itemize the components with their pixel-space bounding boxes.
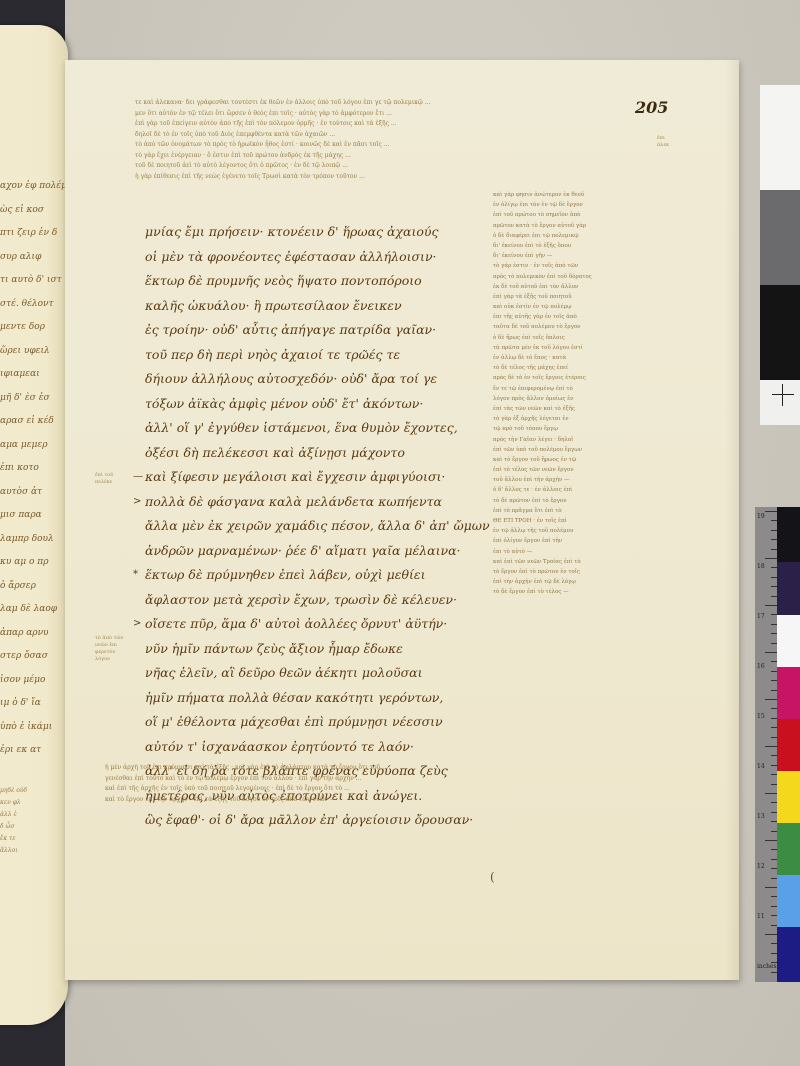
swatch-green: [777, 823, 800, 875]
text-line: τόξων ἀϊκὰς ἀμφὶς μένον οὐδ' ἔτ' ἀκόντων…: [145, 392, 505, 417]
scholia-line: γενέσθαι ἐπὶ τοῦτο καὶ τὸ ἐν τῷ πολέμῳ ἔ…: [105, 774, 625, 785]
text-line-content: νῦν ἡμῖν πάντων ζεὺς ἄξιον ἦμαρ ἔδωκε: [145, 641, 403, 656]
critical-sign: >: [133, 612, 141, 637]
left-page-line: ιμ ὀ δ' ἴα: [0, 692, 66, 716]
scholia-line: ἡ μὲν ἀρχὴ τοῦ ἐπι πρύμνῃσι καὶ τὰ ἑξῆς …: [105, 763, 625, 774]
left-page-line: ὥρει υφειλ: [0, 340, 66, 364]
text-line: αὐτόν τ' ἰσχανάασκον ἐρητύοντό τε λαόν·: [145, 735, 505, 760]
crosshair-icon: [772, 394, 794, 395]
text-line: ἄλλα μὲν ἐκ χειρῶν χαμάδις πέσον, ἄλλα δ…: [145, 514, 505, 539]
left-page-note-line: ἄλλοι: [0, 845, 66, 857]
text-line: >οἴσετε πῦρ, ἅμα δ' αὐτοὶ ἀολλέες ὄρνυτ'…: [145, 612, 505, 637]
scholia-line: καὶ τὸ ἔργον τοῦ ἥρωος ἐν τῷ: [493, 455, 633, 465]
scholia-line: τὸ δὲ ἔργον ἐπὶ τὸ τέλος —: [493, 587, 633, 597]
text-line-content: ἄφλαστον μετὰ χερσὶν ἔχων, τρωσὶν δὲ κέλ…: [145, 592, 457, 607]
ruler-tick: [765, 887, 777, 888]
scholia-line: καὶ γὰρ φησιν ἀνώτερον ἐκ θεοῦ: [493, 190, 633, 200]
left-page-note-line: ἔκ τε: [0, 833, 66, 845]
scholia-line: καὶ ἐπὶ τῆς ἀρχῆς ἐν τοῖς ὑπὸ τοῦ ποιητο…: [105, 784, 625, 795]
text-line: >πολλὰ δὲ φάσγανα καλὰ μελάνδετα κωπήεντ…: [145, 490, 505, 515]
scholia-line: δηλοῖ δὲ τὸ ἐν τοῖς ὑπὸ τοῦ Διὸς ἐπεμφθέ…: [135, 130, 635, 141]
text-line-content: ἕκτωρ δὲ πρυμνῆς νεὸς ἥψατο ποντοπόροιο: [145, 273, 422, 288]
left-page-line: ἐπι κοτο: [0, 457, 66, 481]
text-line-content: ἡμῖν πήματα πολλὰ θέσαν κακότητι γερόντω…: [145, 690, 443, 705]
scholia-line: τὸ δὲ τέλος τῆς μάχης ἐπεί: [493, 363, 633, 373]
text-line-content: ἐς τροίην· οὐδ' αὖτις ἀπήγαγε πατρίδα γα…: [145, 322, 436, 337]
text-line-content: ἀλλ' οἵ γ' ἐγγύθεν ἱστάμενοι, ἕνα θυμὸν …: [145, 420, 458, 435]
scholia-line: δι' ἐκείνου ἐπὶ τὸ ἑξῆς ὅπου: [493, 241, 633, 251]
ruler-label: 13: [757, 813, 765, 820]
scholia-line: ἐν ἀλλῳ δὲ τὸ ἔπος · κατὰ: [493, 353, 633, 363]
swatch-gray: [760, 190, 800, 285]
left-page-note-line: μηδὲ οὐδ: [0, 785, 66, 797]
scholia-line: ΘΕ ΕΤΙ ΤΡΟΗ · ἐν τοῖς ἐπὶ: [493, 516, 633, 526]
text-line-content: ἄλλα μὲν ἐκ χειρῶν χαμάδις πέσον, ἄλλα δ…: [145, 518, 490, 533]
scholia-line: ἐν τῷ ἀλλῳ τῆς τοῦ πολέμου: [493, 526, 633, 536]
ruler-label: 17: [757, 613, 765, 620]
scholia-line: ὁ δὲ διαφέρει ἐπι τῷ πολεμικῷ: [493, 231, 633, 241]
scholia-line: ἐπι τῆς αὐτῆς γὰρ ἐν τοῖς ἀπὸ: [493, 312, 633, 322]
scholia-line: πρῶτον κατὰ τὸ ἔργον αὐτοῦ γὰρ: [493, 221, 633, 231]
scholia-line: τὸ δὲ πρῶτον ἐπὶ τὸ ἔργον: [493, 496, 633, 506]
text-line-content: ἀνδρῶν μαρναμένων· ῥέε δ' αἵματι γαῖα μέ…: [145, 543, 461, 558]
crosshair-icon: [782, 384, 783, 406]
ruler-tick: [765, 558, 777, 559]
left-page-line: ὼς εἰ κοσ: [0, 199, 66, 223]
text-line: ἄφλαστον μετὰ χερσὶν ἔχων, τρωσὶν δὲ κέλ…: [145, 588, 505, 613]
leaf-edge-shadow: [725, 60, 739, 980]
text-line-content: ἕκτωρ δὲ πρύμνηθεν ἐπεὶ λάβεν, οὐχὶ μεθί…: [145, 567, 426, 582]
text-line: —καὶ ξίφεσιν μεγάλοισι καὶ ἔγχεσιν ἀμφιγ…: [145, 465, 505, 490]
main-text-block: μνίας ἔμι πρήσειν· κτονέειν δ' ἥρωας ἀχα…: [145, 220, 505, 833]
critical-sign: *: [133, 563, 138, 588]
scholia-line: τὰ πρῶτα μὲν ἐκ τοῦ λόγου ἐστί: [493, 343, 633, 353]
left-page-line: ἰσον μέμο: [0, 669, 66, 693]
scholia-line: ἐπὶ τὸ τέλος τῶν νεῶν ἔργον: [493, 465, 633, 475]
scholia-line: λόγον πρὸς ἄλλον ὁμοίως ἐν: [493, 394, 633, 404]
text-line: ἀνδρῶν μαρναμένων· ῥέε δ' αἵματι γαῖα μέ…: [145, 539, 505, 564]
scholia-line: ἐπὶ τὰς τῶν νεῶν καὶ τὸ ἑξῆς: [493, 404, 633, 414]
text-line: ἀλλ' οἵ γ' ἐγγύθεν ἱστάμενοι, ἕνα θυμὸν …: [145, 416, 505, 441]
scholia-line: πρὸς δὲ τὸ ἐν τοῖς ἔργοις ἑτέροις: [493, 373, 633, 383]
ruler-label: inches: [757, 963, 777, 970]
text-line-content: μνίας ἔμι πρήσειν· κτονέειν δ' ἥρωας ἀχα…: [145, 224, 438, 239]
ruler-label: 16: [757, 663, 765, 670]
ruler-tick: [765, 934, 777, 935]
left-page-line: τι αυτὸ δ' ιστ: [0, 269, 66, 293]
swatch-black: [777, 507, 800, 562]
critical-sign: >: [133, 490, 141, 515]
margin-note-line: νεῶν ἐπι: [95, 642, 124, 649]
text-line-content: ὀξέσι δὴ πελέκεσσι καὶ ἀξίνῃσι μάχοντο: [145, 445, 405, 460]
text-line: ὀξέσι δὴ πελέκεσσι καὶ ἀξίνῃσι μάχοντο: [145, 441, 505, 466]
swatch-white: [777, 615, 800, 667]
left-page-note-line: δ ὧσ: [0, 821, 66, 833]
right-scholia: καὶ γὰρ φησιν ἀνώτερον ἐκ θεοῦἐν ὀλίγῳ ἐ…: [493, 190, 633, 598]
left-page-line: αχον ἐφ πολέμ: [0, 175, 66, 199]
swatch-light-blue: [777, 875, 800, 927]
margin-note-line: τὸ ἀπὸ τῶν: [95, 635, 124, 642]
left-page-line: ἀπαρ αρνυ: [0, 622, 66, 646]
grayscale-calibration-card: [760, 85, 800, 425]
margin-note-line: ἐπι: [657, 135, 669, 142]
ruler-label: 18: [757, 563, 765, 570]
text-line-content: ὣς ἔφαθ'· οἱ δ' ἄρα μᾶλλον ἐπ' ἀργείοισι…: [145, 812, 473, 827]
text-line: ὣς ἔφαθ'· οἱ δ' ἄρα μᾶλλον ἐπ' ἀργείοισι…: [145, 808, 505, 833]
scholia-line: τὸ ἔργον ἐπὶ τὸ πρῶτον ἐν τοῖς: [493, 567, 633, 577]
scholia-line: τε καὶ ἀλεκανα· δει γράφεσθαι τουτέστι ἐ…: [135, 98, 635, 109]
scholia-line: μεν ὅτι αὐτὸν ἐν τῷ τέλει ὅτι ὤρσεν ὁ θε…: [135, 109, 635, 120]
scholia-line: τὸ γὰρ ἐξ ἀρχῆς λέγεται ἐν: [493, 414, 633, 424]
text-line: καλῆς ὠκυάλου· ἣ πρωτεσίλαον ἔνεικεν: [145, 294, 505, 319]
scholia-line: ταῦτα δὲ τοῦ πολέμου τὸ ἔργον: [493, 322, 633, 332]
text-line-content: πολλὰ δὲ φάσγανα καλὰ μελάνδετα κωπήεντα: [145, 494, 442, 509]
text-line: ἡμῖν πήματα πολλὰ θέσαν κακότητι γερόντω…: [145, 686, 505, 711]
scholia-line: ἐκ δὲ τοῦ αὐτοῦ ἐπι τὸν ἄλλον: [493, 282, 633, 292]
scholia-line: πρὸς τὴν Γαῖαν λέγει · δηλοῖ: [493, 435, 633, 445]
scholia-line: ἐπὶ τὸ πρᾶγμα ὅτι ἐπὶ τὸ: [493, 506, 633, 516]
measurement-ruler: 191817161514131211inches: [755, 507, 777, 982]
folio-number: 205: [635, 98, 668, 117]
top-scholia: τε καὶ ἀλεκανα· δει γράφεσθαι τουτέστι ἐ…: [135, 98, 635, 182]
text-line: οἵ μ' ἐθέλοντα μάχεσθαι ἐπὶ πρύμνῃσι νέε…: [145, 710, 505, 735]
text-line-content: νῆας ἑλεῖν, αἳ δεῦρο θεῶν ἀέκητι μολοῦσα…: [145, 665, 422, 680]
scholia-line: ἐπὶ τὴν ἀρχὴν ἐπὶ τῷ δὲ λόγῳ: [493, 577, 633, 587]
text-line: νῆας ἑλεῖν, αἳ δεῦρο θεῶν ἀέκητι μολοῦσα…: [145, 661, 505, 686]
swatch-magenta: [777, 667, 800, 719]
left-page-line: λαμπρ δουλ: [0, 528, 66, 552]
color-calibration-strip: [777, 507, 800, 982]
text-line-content: οἴσετε πῦρ, ἅμα δ' αὐτοὶ ἀολλέες ὄρνυτ' …: [145, 616, 447, 631]
scholia-line: τὸ ἀπὸ τῶν ὀνομάτων τὸ πρὸς τὸ ἡρωϊκὸν ἦ…: [135, 140, 635, 151]
left-page-line: ἐρι εκ ατ: [0, 739, 66, 763]
scholia-line: ἡ γὰρ ἐπίθεσις ἐπὶ τῆς νεὼς ἐγένετο τοῖς…: [135, 172, 635, 183]
text-line: δήιουν ἀλλήλους αὐτοσχεδόν· οὐδ' ἄρα τοί…: [145, 367, 505, 392]
facing-left-page: αχον ἐφ πολέμὼς εἰ κοσπτι ζειρ ἐν δσυρ α…: [0, 25, 68, 1025]
text-line-content: τοῦ περ δὴ περὶ νηὸς ἀχαιοί τε τρῶές τε: [145, 347, 400, 362]
text-line: τοῦ περ δὴ περὶ νηὸς ἀχαιοί τε τρῶές τε: [145, 343, 505, 368]
scholia-line: ἐν ὀλίγῳ ἐπι τὸν ἐν τῷ δὲ ἔργον: [493, 200, 633, 210]
left-page-line: μισ παρα: [0, 504, 66, 528]
scholia-line: τὸ γὰρ ἔχει ἐνέργειαν · ὅ ἐστιν ἐπὶ τοῦ …: [135, 151, 635, 162]
ruler-tick: [765, 605, 777, 606]
swatch-red: [777, 719, 800, 771]
left-page-notes: μηδὲ οὐδκεν φλἀλλ ἐδ ὧσἔκ τεἄλλοι: [0, 785, 66, 857]
scholia-line: τὸ γάρ ἐστιν · ἐν τοῖς ἀπὸ τῶν: [493, 261, 633, 271]
text-line: νῦν ἡμῖν πάντων ζεὺς ἄξιον ἦμαρ ἔδωκε: [145, 637, 505, 662]
left-page-line: ὑπὸ ἐ ἱκάμι: [0, 716, 66, 740]
scholia-line: ἐπὶ τῶν ὑπὸ τοῦ πολέμου ἔργων: [493, 445, 633, 455]
margin-note-line: πλεκ: [657, 142, 669, 149]
left-page-line: αρασ εἰ κέδ: [0, 410, 66, 434]
scholia-line: καὶ τὸ ἔργον ἐπὶ τὴν ἀρχὴν · ἐπὶ τὰ ἑξῆς…: [105, 795, 625, 806]
text-line-content: οἱ μὲν τὰ φρονέοντες ἐφέστασαν ἀλλήλοισι…: [145, 249, 437, 264]
swatch-navy: [777, 927, 800, 982]
scholia-line: τοῦ ἄλλου ἐπὶ τὴν ἀρχήν —: [493, 475, 633, 485]
text-line-content: δήιουν ἀλλήλους αὐτοσχεδόν· οὐδ' ἄρα τοί…: [145, 371, 437, 386]
scholia-line: τῷ πρὸ τοῦ τόπου ἔργῳ: [493, 424, 633, 434]
scholia-line: ἐπὶ γὰρ τὰ ἑξῆς τοῦ ποιητοῦ: [493, 292, 633, 302]
text-line: *ἕκτωρ δὲ πρύμνηθεν ἐπεὶ λάβεν, οὐχὶ μεθ…: [145, 563, 505, 588]
bottom-scholia: ἡ μὲν ἀρχὴ τοῦ ἐπι πρύμνῃσι καὶ τὰ ἑξῆς …: [105, 763, 625, 805]
scholia-line: ἐπι τὸ αὐτὸ —: [493, 547, 633, 557]
swatch-white: [760, 85, 800, 190]
ruler-label: 15: [757, 713, 765, 720]
text-line-content: καλῆς ὠκυάλου· ἣ πρωτεσίλαον ἔνεικεν: [145, 298, 402, 313]
text-line-content: οἵ μ' ἐθέλοντα μάχεσθαι ἐπὶ πρύμνῃσι νέε…: [145, 714, 443, 729]
swatch-dark-violet: [777, 562, 800, 615]
margin-note-line: ἐπὶ τοῦ: [95, 472, 113, 479]
left-page-line: μῆ δ' ὲσ ἑσ: [0, 387, 66, 411]
ruler-tick: [765, 652, 777, 653]
right-margin-note: ἐπιπλεκ: [657, 135, 669, 149]
scholia-line: ἐπὶ γὰρ τοῦ ἐπείγειν αὐτὸν ἀπὸ τῆς ἐπὶ τ…: [135, 119, 635, 130]
ruler-label: 12: [757, 863, 765, 870]
left-page-line: κυ αμ ο πρ: [0, 551, 66, 575]
text-line: ἕκτωρ δὲ πρυμνῆς νεὸς ἥψατο ποντοπόροιο: [145, 269, 505, 294]
ruler-tick: [765, 699, 777, 700]
left-page-line: αυτὸσ ἀτ: [0, 481, 66, 505]
ruler-tick: [765, 746, 777, 747]
scholia-line: καὶ οὐκ ἐστὶν ἐν τῷ πολέμῳ: [493, 302, 633, 312]
left-page-note-line: ἀλλ ἐ: [0, 809, 66, 821]
ruler-tick: [765, 793, 777, 794]
scholia-line: ἐπὶ τοῦ πρώτου τὸ σημεῖον ἀπὸ: [493, 210, 633, 220]
margin-note-line: φερετὸν: [95, 649, 124, 656]
scholia-line: ἐπὶ ὀλίγον ἔργον ἐπὶ τὴν: [493, 536, 633, 546]
text-line: ἐς τροίην· οὐδ' αὖτις ἀπήγαγε πατρίδα γα…: [145, 318, 505, 343]
text-line-content: καὶ ξίφεσιν μεγάλοισι καὶ ἔγχεσιν ἀμφιγύ…: [145, 469, 445, 484]
left-page-line: ὁ ἄρσερ: [0, 575, 66, 599]
left-page-line: πτι ζειρ ἐν δ: [0, 222, 66, 246]
scholia-line: δι' ἐκείνου ἐπὶ γῆν —: [493, 251, 633, 261]
left-page-line: λαμ δὲ λαοφ: [0, 598, 66, 622]
scholia-line: καὶ ἐπὶ τῶν νεῶν Τροίας ἐπὶ τὸ: [493, 557, 633, 567]
ruler-label: 14: [757, 763, 765, 770]
text-line: οἱ μὲν τὰ φρονέοντες ἐφέστασαν ἀλλήλοισι…: [145, 245, 505, 270]
critical-sign: —: [133, 465, 143, 490]
swatch-white-with-crosshair: [760, 380, 800, 425]
left-page-line: στέ. θέλοντ: [0, 293, 66, 317]
left-page-note-line: κεν φλ: [0, 797, 66, 809]
ruler-tick: [765, 511, 777, 512]
margin-note-line: λόγον: [95, 656, 124, 663]
text-line-content: αὐτόν τ' ἰσχανάασκον ἐρητύοντό τε λαόν·: [145, 739, 414, 754]
scholia-line: ἔν τε τῷ ἐπιφερομένῳ ἐπὶ τὸ: [493, 384, 633, 394]
manuscript-leaf: 205 τε καὶ ἀλεκανα· δει γράφεσθαι τουτέσ…: [65, 60, 739, 980]
pen-mark: (: [490, 870, 495, 884]
ruler-tick: [765, 840, 777, 841]
left-page-line: ιφιαμεαι: [0, 363, 66, 387]
scholia-line: τοῦ δὲ ποιητοῦ ἀεὶ τὸ αὐτὸ λέγοντος ὅτι …: [135, 161, 635, 172]
ruler-label: 11: [757, 913, 765, 920]
swatch-yellow: [777, 771, 800, 823]
left-margin-note-2: τὸ ἀπὸ τῶννεῶν ἐπιφερετὸνλόγον: [95, 635, 124, 663]
scholia-line: ὁ δ' ἄλλος τε · ἐν ἀλλοις ἐπὶ: [493, 485, 633, 495]
left-page-text: αχον ἐφ πολέμὼς εἰ κοσπτι ζειρ ἐν δσυρ α…: [0, 175, 66, 763]
left-margin-note-1: ἐπὶ τοῦπελέκε: [95, 472, 113, 486]
scholia-line: ὁ δὲ ἥρως ἐπὶ τοῖς ὅπλοις: [493, 333, 633, 343]
left-page-line: αμα μεμερ: [0, 434, 66, 458]
left-page-line: μεντε δορ: [0, 316, 66, 340]
left-page-line: συρ αλιφ: [0, 246, 66, 270]
margin-note-line: πελέκε: [95, 479, 113, 486]
left-page-line: στερ ὄσασ: [0, 645, 66, 669]
text-line: μνίας ἔμι πρήσειν· κτονέειν δ' ἥρωας ἀχα…: [145, 220, 505, 245]
swatch-black: [760, 285, 800, 380]
text-line-content: τόξων ἀϊκὰς ἀμφὶς μένον οὐδ' ἔτ' ἀκόντων…: [145, 396, 423, 411]
ruler-label: 19: [757, 513, 765, 520]
scholia-line: πρὸς τὸ πολεμικὸν ἐπὶ τοῦ δόρατος: [493, 272, 633, 282]
